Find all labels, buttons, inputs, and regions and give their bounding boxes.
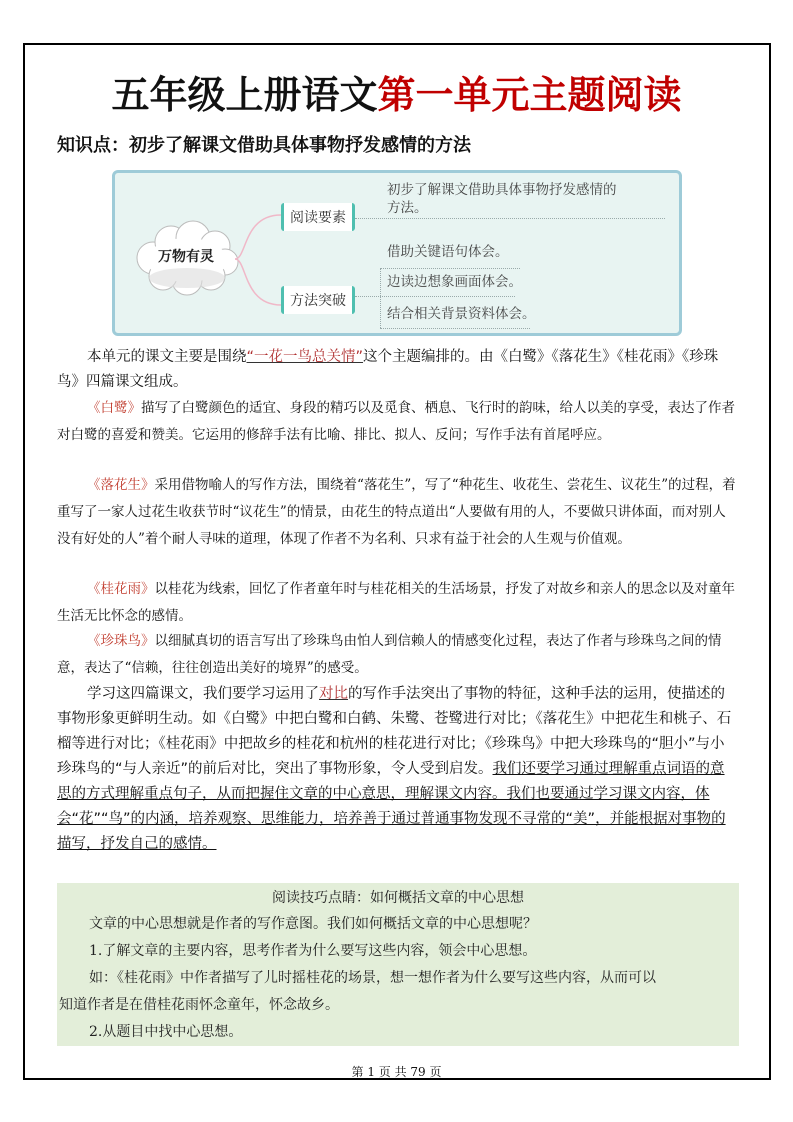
summary-paragraph: 学习这四篇课文，我们要学习运用了对比的写作手法突出了事物的特征，这种手法的运用，… <box>57 682 739 857</box>
knowledge-point-heading: 知识点：初步了解课文借助具体事物抒发感情的方法 <box>57 131 471 157</box>
mindmap-node-method: 方法突破 <box>281 286 355 314</box>
branch-connector <box>233 193 283 323</box>
mindmap-root: 万物有灵 <box>131 246 241 266</box>
mindmap-leaf: 结合相关背景资料体会。 <box>387 305 536 323</box>
dotted-connector <box>355 296 515 297</box>
mindmap-leaf: 方法。 <box>387 199 428 217</box>
intro-text: 本单元的课文主要是围绕 <box>87 349 247 365</box>
dotted-connector <box>380 268 381 328</box>
lesson-title: 《白鹭》 <box>87 400 141 416</box>
mind-map: 万物有灵 阅读要素 方法突破 初步了解课文借助具体事物抒发感情的 方法。 借助关… <box>112 170 682 336</box>
intro-paragraph: 本单元的课文主要是围绕“一花一鸟总关情”这个主题编排的。由《白鹭》《落花生》《桂… <box>57 345 739 395</box>
dotted-connector <box>355 218 665 219</box>
lesson-title: 《桂花雨》 <box>87 581 155 597</box>
lesson-paragraph-guihuayu: 《桂花雨》以桂花为线索，回忆了作者童年时与桂花相关的生活场景，抒发了对故乡和亲人… <box>57 576 739 630</box>
tip-line: 1.了解文章的主要内容，思考作者为什么要写这些内容，领会中心思想。 <box>89 940 536 960</box>
lesson-text: 采用借物喻人的写作方法，围绕着“落花生”，写了“种花生、收花生、尝花生、议花生”… <box>57 477 736 547</box>
document-title: 五年级上册语文第一单元主题阅读 <box>0 70 793 120</box>
lesson-text: 以细腻真切的语言写出了珍珠鸟由怕人到信赖人的情感变化过程，表达了作者与珍珠鸟之间… <box>57 633 722 676</box>
lesson-title: 《珍珠鸟》 <box>87 633 155 649</box>
title-part-red: 第一单元主题阅读 <box>378 73 682 117</box>
tip-line: 文章的中心思想就是作者的写作意图。我们如何概括文章的中心思想呢？ <box>89 913 537 933</box>
dotted-connector <box>380 328 530 329</box>
reading-tip-box: 阅读技巧点睛：如何概括文章的中心思想 文章的中心思想就是作者的写作意图。我们如何… <box>57 883 739 1046</box>
tip-line: 2.从题目中找中心思想。 <box>89 1021 242 1041</box>
dotted-connector <box>380 268 520 269</box>
theme-quote: “一花一鸟总关情” <box>247 349 364 365</box>
title-part-black: 五年级上册语文 <box>111 73 377 117</box>
tip-line: 如：《桂花雨》中作者描写了儿时摇桂花的场景，想一想作者为什么要写这些内容，从而可… <box>89 967 656 987</box>
mindmap-leaf: 边读边想象画面体会。 <box>387 273 522 291</box>
mindmap-leaf: 借助关键语句体会。 <box>387 243 509 261</box>
keyword-contrast: 对比 <box>319 686 348 702</box>
page-number: 第 1 页 共 79 页 <box>0 1063 793 1080</box>
lesson-text: 以桂花为线索，回忆了作者童年时与桂花相关的生活场景，抒发了对故乡和亲人的思念以及… <box>57 581 735 624</box>
mindmap-leaf: 初步了解课文借助具体事物抒发感情的 <box>387 181 617 199</box>
lesson-paragraph-bailu: 《白鹭》描写了白鹭颜色的适宜、身段的精巧以及觅食、栖息、飞行时的韵味，给人以美的… <box>57 395 739 449</box>
summary-text: 学习这四篇课文，我们要学习运用了 <box>87 686 319 702</box>
mindmap-node-reading-element: 阅读要素 <box>281 203 355 231</box>
lesson-paragraph-zhenzhuniao: 《珍珠鸟》以细腻真切的语言写出了珍珠鸟由怕人到信赖人的情感变化过程，表达了作者与… <box>57 628 739 682</box>
tip-title: 阅读技巧点睛：如何概括文章的中心思想 <box>57 887 739 907</box>
lesson-title: 《落花生》 <box>87 477 155 493</box>
lesson-text: 描写了白鹭颜色的适宜、身段的精巧以及觅食、栖息、飞行时的韵味，给人以美的享受，表… <box>57 400 735 443</box>
tip-line: 知道作者是在借桂花雨怀念童年，怀念故乡。 <box>59 994 339 1014</box>
lesson-paragraph-luohuasheng: 《落花生》采用借物喻人的写作方法，围绕着“落花生”，写了“种花生、收花生、尝花生… <box>57 472 739 553</box>
